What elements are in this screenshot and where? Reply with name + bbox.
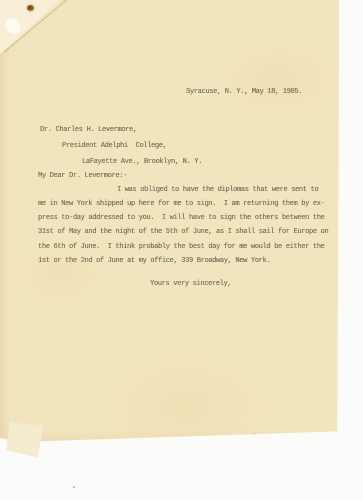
body-line: I was obliged to have the diplomas that … — [117, 186, 318, 195]
body-line: press to-day addressed to you. I will ha… — [38, 214, 324, 223]
dust-speck — [73, 486, 75, 488]
letter-text: Syracuse, N. Y., May 18, 1905. Dr. Charl… — [0, 0, 339, 442]
dust-speck — [253, 433, 255, 434]
body-line: 31st of May and the night of the 5th of … — [38, 228, 328, 237]
body-line: the 6th of June. I think probably the be… — [38, 243, 324, 252]
body-line: 1st or the 2nd of June at my office, 339… — [38, 257, 270, 266]
recipient-address: LaFayette Ave., Brooklyn, N. Y. — [82, 158, 202, 167]
scan-background: Syracuse, N. Y., May 18, 1905. Dr. Charl… — [0, 0, 363, 500]
recipient-name: Dr. Charles H. Levermore, — [40, 126, 137, 135]
salutation: My Dear Dr. Levermore:- — [38, 172, 127, 181]
dateline: Syracuse, N. Y., May 18, 1905. — [186, 88, 302, 97]
under-sheet-corner — [5, 419, 45, 459]
closing: Yours very sincerely, — [150, 280, 231, 289]
body-line: me in New York shipped up here for me to… — [38, 200, 324, 209]
recipient-title: President Adelphi College, — [62, 142, 167, 151]
letter-page: Syracuse, N. Y., May 18, 1905. Dr. Charl… — [0, 0, 339, 442]
